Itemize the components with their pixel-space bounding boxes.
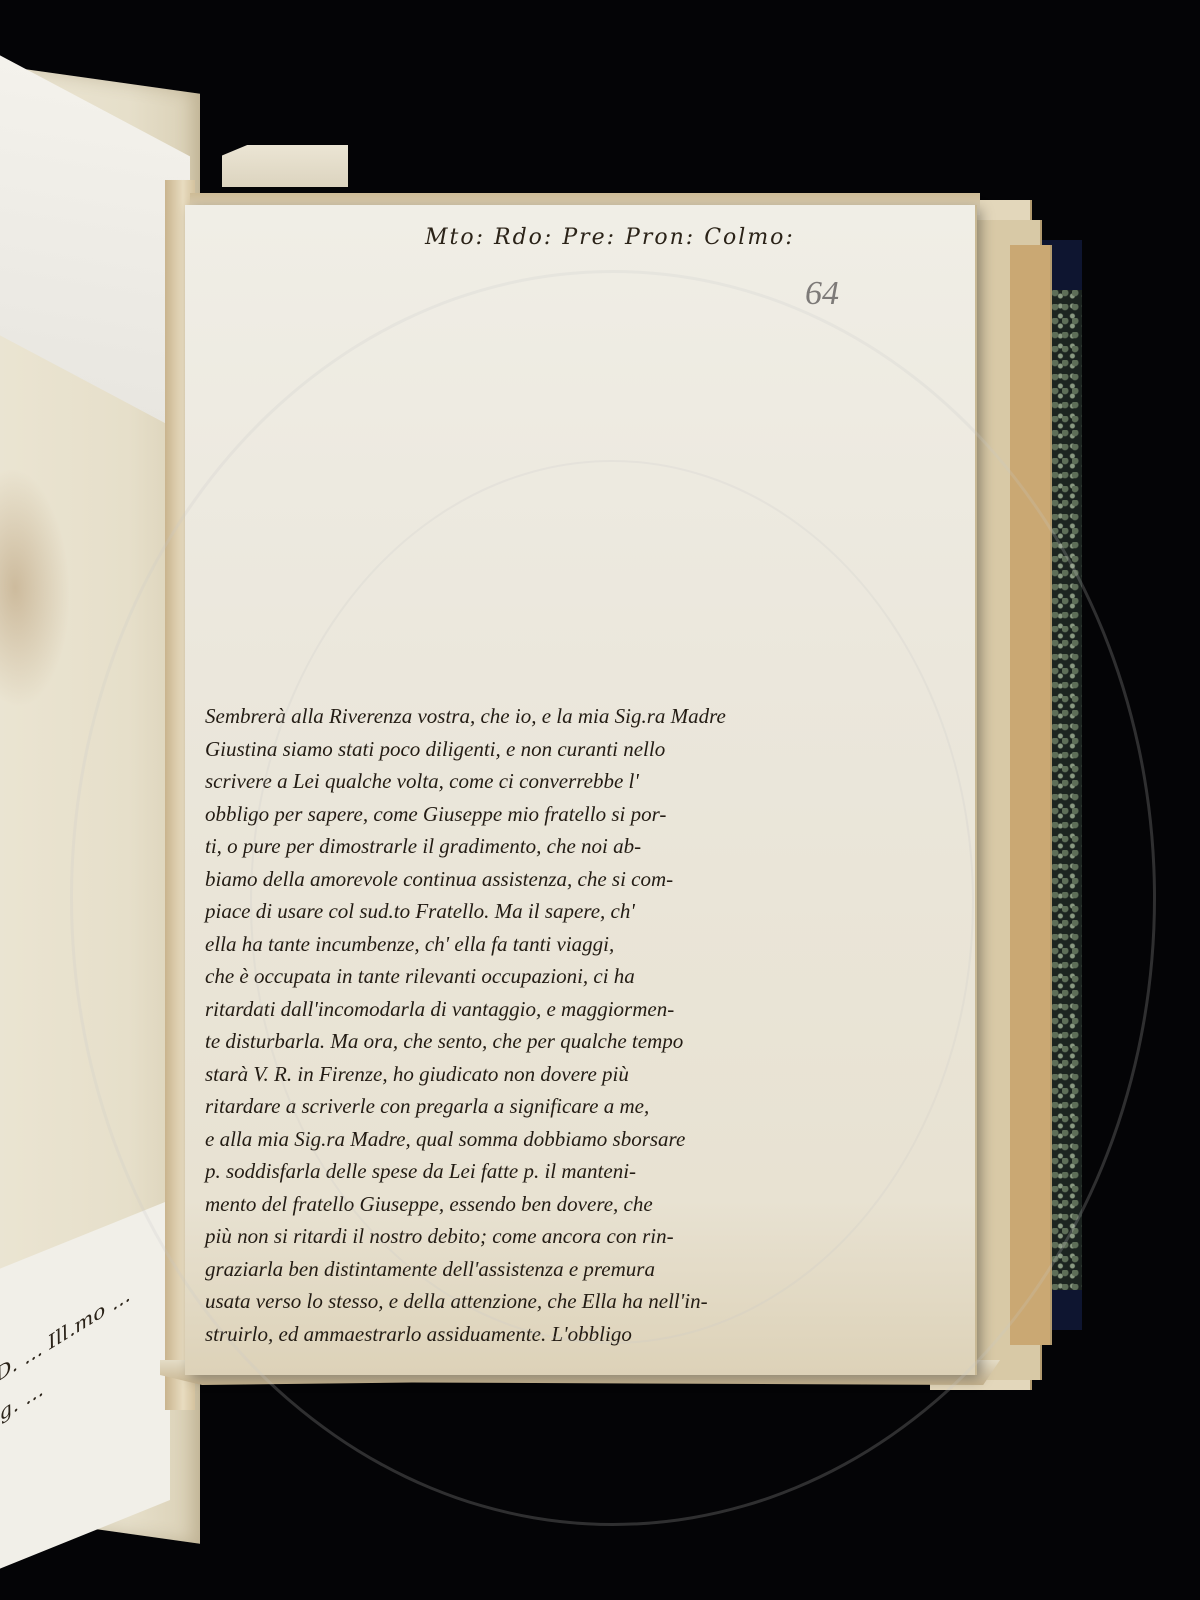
letter-line: obbligo per sapere, come Giuseppe mio fr… bbox=[205, 798, 925, 831]
water-stain bbox=[0, 460, 70, 715]
letter-line: Giustina siamo stati poco diligenti, e n… bbox=[205, 733, 925, 766]
letter-line: piace di usare col sud.to Fratello. Ma i… bbox=[205, 895, 925, 928]
letter-body: Sembrerà alla Riverenza vostra, che io, … bbox=[205, 700, 925, 1350]
letter-line: te disturbarla. Ma ora, che sento, che p… bbox=[205, 1025, 925, 1058]
letter-line: e alla mia Sig.ra Madre, qual somma dobb… bbox=[205, 1123, 925, 1156]
letter-line: ti, o pure per dimostrarle il gradimento… bbox=[205, 830, 925, 863]
letter-line: Sembrerà alla Riverenza vostra, che io, … bbox=[205, 700, 925, 733]
folio-number: 64 bbox=[805, 275, 839, 313]
letter-line: starà V. R. in Firenze, ho giudicato non… bbox=[205, 1058, 925, 1091]
paper-tab bbox=[222, 145, 348, 187]
letter-line: struirlo, ed ammaestrarlo assiduamente. … bbox=[205, 1318, 925, 1351]
letter-line: p. soddisfarla delle spese da Lei fatte … bbox=[205, 1155, 925, 1188]
letter-line: che è occupata in tante rilevanti occupa… bbox=[205, 960, 925, 993]
letter-line: ritardati dall'incomodarla di vantaggio,… bbox=[205, 993, 925, 1026]
letter-line: più non si ritardi il nostro debito; com… bbox=[205, 1220, 925, 1253]
marbled-cover-edge bbox=[1052, 290, 1082, 1290]
letter-line: usata verso lo stesso, e della attenzion… bbox=[205, 1285, 925, 1318]
letter-line: graziarla ben distintamente dell'assiste… bbox=[205, 1253, 925, 1286]
letter-line: biamo della amorevole continua assistenz… bbox=[205, 863, 925, 896]
manuscript-page: Mto: Rdo: Pre: Pron: Colmo: 64 Sembrerà … bbox=[185, 205, 975, 1375]
letter-line: scrivere a Lei qualche volta, come ci co… bbox=[205, 765, 925, 798]
left-slip-text: a D. ... Ill.mo ... fig. ... bbox=[0, 1260, 166, 1440]
letter-line: ella ha tante incumbenze, ch' ella fa ta… bbox=[205, 928, 925, 961]
letter-line: mento del fratello Giuseppe, essendo ben… bbox=[205, 1188, 925, 1221]
manuscript-photo: a D. ... Ill.mo ... fig. ... Mto: Rdo: P… bbox=[0, 0, 1200, 1600]
letter-line: ritardare a scriverle con pregarla a sig… bbox=[205, 1090, 925, 1123]
letter-salutation-heading: Mto: Rdo: Pre: Pron: Colmo: bbox=[425, 225, 845, 250]
page-edge-stack-3 bbox=[1010, 245, 1052, 1345]
